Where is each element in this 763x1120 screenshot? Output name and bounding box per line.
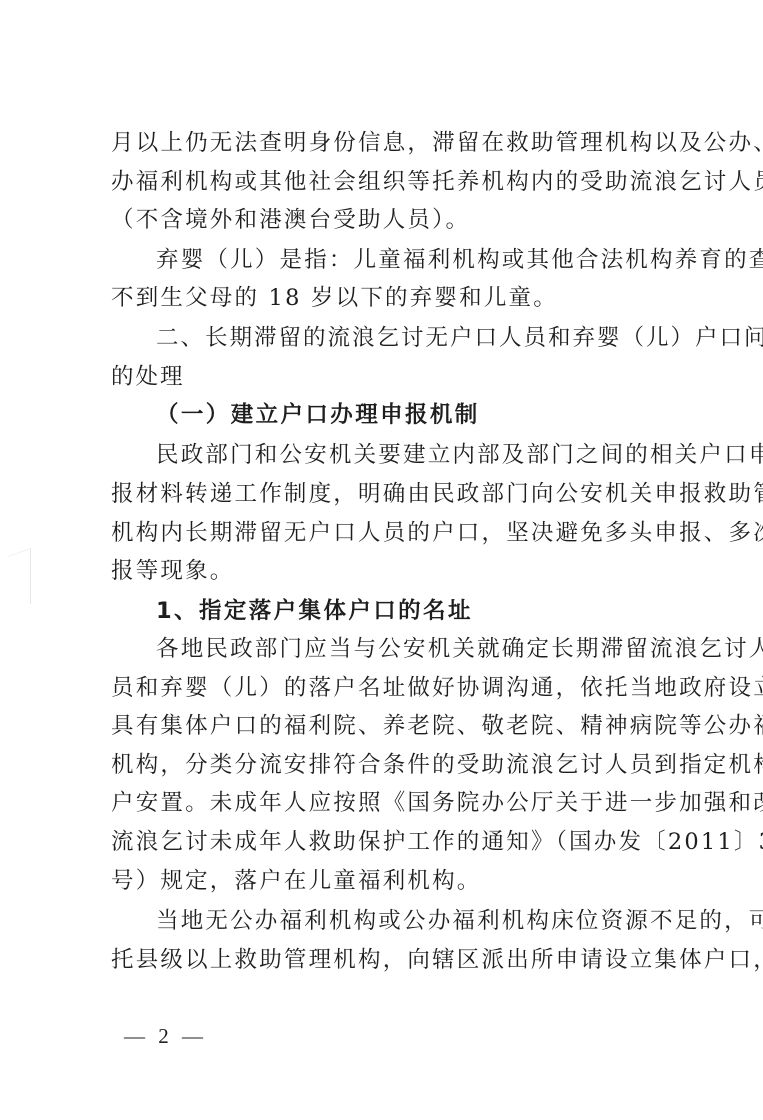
- subsection-heading: （一）建立户口办理申报机制: [156, 400, 721, 430]
- body-line: 报材料转递工作制度，明确由民政部门向公安机关申报救助管理: [111, 479, 721, 509]
- document-page: 月以上仍无法查明身份信息，滞留在救助管理机构以及公办、民 办福利机构或其他社会组…: [0, 0, 763, 1120]
- body-line: 报等现象。: [111, 556, 721, 586]
- scan-artifact: [8, 548, 31, 612]
- body-paragraph: 民政部门和公安机关要建立内部及部门之间的相关户口申: [156, 440, 721, 470]
- body-line: 具有集体户口的福利院、养老院、敬老院、精神病院等公办福利: [111, 711, 721, 741]
- item-heading: 1、指定落户集体户口的名址: [156, 596, 721, 626]
- body-line: 员和弃婴（儿）的落户名址做好协调沟通，依托当地政府设立的、: [111, 673, 721, 703]
- body-line: 办福利机构或其他社会组织等托养机构内的受助流浪乞讨人员: [111, 167, 721, 197]
- body-line: 流浪乞讨未成年人救助保护工作的通知》（国办发〔2011〕39: [111, 827, 721, 857]
- body-line: 户安置。未成年人应按照《国务院办公厅关于进一步加强和改进: [111, 788, 721, 818]
- body-line: 机构，分类分流安排符合条件的受助流浪乞讨人员到指定机构落: [111, 750, 721, 780]
- body-line: 月以上仍无法查明身份信息，滞留在救助管理机构以及公办、民: [111, 128, 721, 158]
- section-heading: 二、长期滞留的流浪乞讨无户口人员和弃婴（儿）户口问题: [156, 323, 721, 353]
- body-line: 机构内长期滞留无户口人员的户口，坚决避免多头申报、多次申: [111, 518, 721, 548]
- body-paragraph: 各地民政部门应当与公安机关就确定长期滞留流浪乞讨人: [156, 634, 721, 664]
- definition-paragraph: 弃婴（儿）是指：儿童福利机构或其他合法机构养育的查找: [156, 245, 721, 275]
- body-line: （不含境外和港澳台受助人员）。: [111, 205, 721, 235]
- body-line: 号）规定，落户在儿童福利机构。: [111, 866, 721, 896]
- page-number: — 2 —: [124, 1022, 207, 1050]
- body-paragraph: 当地无公办福利机构或公办福利机构床位资源不足的，可依: [156, 906, 721, 936]
- body-line: 托县级以上救助管理机构，向辖区派出所申请设立集体户口，落: [111, 945, 721, 975]
- section-heading-cont: 的处理: [111, 362, 721, 392]
- body-line: 不到生父母的 18 岁以下的弃婴和儿童。: [111, 283, 721, 313]
